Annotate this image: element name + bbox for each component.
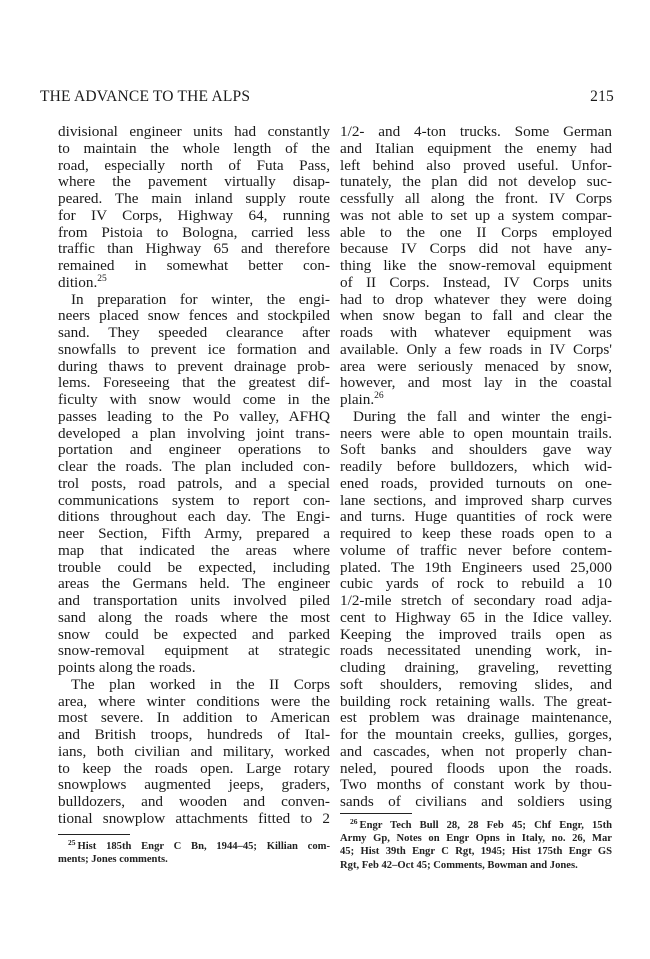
text-line: sands of civilians and soldiers using [340,794,612,811]
footnote-text: Engr Tech Bull 28, 28 Feb 45; Chf Engr, … [360,820,613,831]
text-line: points along the roads. [58,660,330,677]
text-line: because IV Corps did not have any- [340,241,612,258]
text-line: divisional engineer units had constantly [58,124,330,141]
text-line: for the mountain creeks, gullies, gorges… [340,727,612,744]
footnote-line: Army Gp, Notes on Engr Opns in Italy, no… [340,832,612,845]
left-column: divisional engineer units had constantly… [58,124,330,828]
footnote-line: Rgt, Feb 42–Oct 45; Comments, Bowman and… [340,859,612,872]
text-line: and British troops, hundreds of Ital- [58,727,330,744]
text-line: of II Corps. Instead, IV Corps units [340,275,612,292]
text-line: neers placed snow fences and stockpiled [58,308,330,325]
text-line: remained in somewhat better con- [58,258,330,275]
text-line: where the pavement virtually disap- [58,174,330,191]
text-line: building rock retaining walls. The great… [340,694,612,711]
text-line: Keeping the improved trails open as [340,627,612,644]
text-line: ditions throughout each day. The Engi- [58,509,330,526]
text-line: required to keep these roads open to a [340,526,612,543]
text-line: area were seriously menaced by snow, [340,359,612,376]
text-line: plated. The 19th Engineers used 25,000 [340,560,612,577]
footnote-line: 26Engr Tech Bull 28, 28 Feb 45; Chf Engr… [340,819,612,832]
text-line: map that indicated the areas where [58,543,330,560]
footnote-26: 26Engr Tech Bull 28, 28 Feb 45; Chf Engr… [340,819,612,872]
text-line: Soft banks and shoulders gave way [340,442,612,459]
text-line: and Italian equipment the enemy had [340,141,612,158]
text-line: sand. They speeded clearance after [58,325,330,342]
text-line: for IV Corps, Highway 64, running [58,208,330,225]
paragraph-first-line: In preparation for winter, the engi- [58,292,330,309]
text-line: lane sections, and improved sharp curves [340,493,612,510]
text-line: portation and engineer operations to [58,442,330,459]
text-line: to keep the roads open. Large rotary [58,761,330,778]
footnote-ref-25[interactable]: 25 [97,274,107,284]
text-line: snow-removal equipment at strategic [58,643,330,660]
text-line: left behind also proved useful. Unfor- [340,158,612,175]
text-line: Two months of constant work by thou- [340,777,612,794]
text-line: est problem was drainage maintenance, [340,710,612,727]
text-line: ians, both civilian and military, worked [58,744,330,761]
text-line: cubic yards of rock to rebuild a 10 [340,576,612,593]
text-line: snow could be expected and parked [58,627,330,644]
text-line: areas the Germans held. The engineer [58,576,330,593]
text-line: roads with whatever equipment was [340,325,612,342]
chapter-title: THE ADVANCE TO THE ALPS [40,88,250,106]
text-line: and transportation units involved piled [58,593,330,610]
text-line: thing like the snow-removal equipment [340,258,612,275]
footnote-text: Hist 185th Engr C Bn, 1944–45; Killian c… [78,841,331,852]
text-line: cluding draining, graveling, revetting [340,660,612,677]
text-line: had to drop whatever they were doing [340,292,612,309]
text-line: developed a plan involving joint trans- [58,426,330,443]
text-line: ficulty with snow would come in the [58,392,330,409]
text-line: 1/2- and 4-ton trucks. Some German [340,124,612,141]
text-line: soft shoulders, removing slides, and [340,677,612,694]
text-line: peared. The main inland supply route [58,191,330,208]
footnote-line: 25Hist 185th Engr C Bn, 1944–45; Killian… [58,840,330,853]
text-line-with-footnote-ref: dition.25 [58,275,330,292]
text-line: trol posts, road patrols, and a special [58,476,330,493]
text-line: and cascades, when not properly chan- [340,744,612,761]
text-line-with-footnote-ref: plain.26 [340,392,612,409]
running-head: THE ADVANCE TO THE ALPS 215 [40,88,614,108]
text-line: volume of traffic never before contem- [340,543,612,560]
text-line: during thaws to prevent drainage prob- [58,359,330,376]
text-line: trouble could be expected, including [58,560,330,577]
text-line: to maintain the whole length of the [58,141,330,158]
paragraph-first-line: During the fall and winter the engi- [340,409,612,426]
footnote-marker: 25 [68,838,76,847]
text-line: communications system to report con- [58,493,330,510]
text-line: traffic than Highway 65 and therefore [58,241,330,258]
page-number: 215 [590,88,614,106]
text-line: cessfully all along the front. IV Corps [340,191,612,208]
text-fragment: dition. [58,274,97,291]
footnote-25: 25Hist 185th Engr C Bn, 1944–45; Killian… [58,840,330,866]
book-page: THE ADVANCE TO THE ALPS 215 divisional e… [0,0,650,959]
text-line: tional snowplow attachments fitted to 2 [58,811,330,828]
text-line: neled, poured floods upon the roads. [340,761,612,778]
text-line: when snow began to fall and clear the [340,308,612,325]
text-line: and turns. Huge quantities of rock were [340,509,612,526]
text-line: ened roads, provided turnouts on one- [340,476,612,493]
text-line: neers were able to open mountain trails. [340,426,612,443]
footnote-line: 45; Hist 39th Engr C Rgt, 1945; Hist 175… [340,845,612,858]
text-line: neer Section, Fifth Army, prepared a [58,526,330,543]
text-line: roads necessitated unending work, in- [340,643,612,660]
footnote-marker: 26 [350,817,358,826]
text-line: most severe. In addition to American [58,710,330,727]
text-line: bulldozers, and wooden and conven- [58,794,330,811]
footnote-ref-26[interactable]: 26 [374,391,384,401]
right-column: 1/2- and 4-ton trucks. Some German and I… [340,124,612,811]
text-line: cent to Highway 65 in the Idice valley. [340,610,612,627]
text-line: from Pistoia to Bologna, carried less [58,225,330,242]
footnote-divider [58,834,130,835]
text-line: snowplows augmented jeeps, graders, [58,777,330,794]
text-line: available. Only a few roads in IV Corps' [340,342,612,359]
text-line: area, where winter conditions were the [58,694,330,711]
text-line: tunately, the plan did not develop suc- [340,174,612,191]
text-line: able to the one II Corps employed [340,225,612,242]
text-line: road, especially north of Futa Pass, [58,158,330,175]
text-line: lems. Foreseeing that the greatest dif- [58,375,330,392]
text-line: was not able to set up a system compar- [340,208,612,225]
text-line: snowfalls to prevent ice formation and [58,342,330,359]
text-fragment: plain. [340,391,374,408]
text-line: clear the roads. The plan included con- [58,459,330,476]
footnote-divider [340,813,412,814]
text-line: readily before bulldozers, which wid- [340,459,612,476]
paragraph-first-line: The plan worked in the II Corps [58,677,330,694]
text-line: 1/2-mile stretch of secondary road adja- [340,593,612,610]
text-line: sand along the roads where the most [58,610,330,627]
text-line: however, and most lay in the coastal [340,375,612,392]
footnote-line: ments; Jones comments. [58,853,330,866]
text-line: passes leading to the Po valley, AFHQ [58,409,330,426]
